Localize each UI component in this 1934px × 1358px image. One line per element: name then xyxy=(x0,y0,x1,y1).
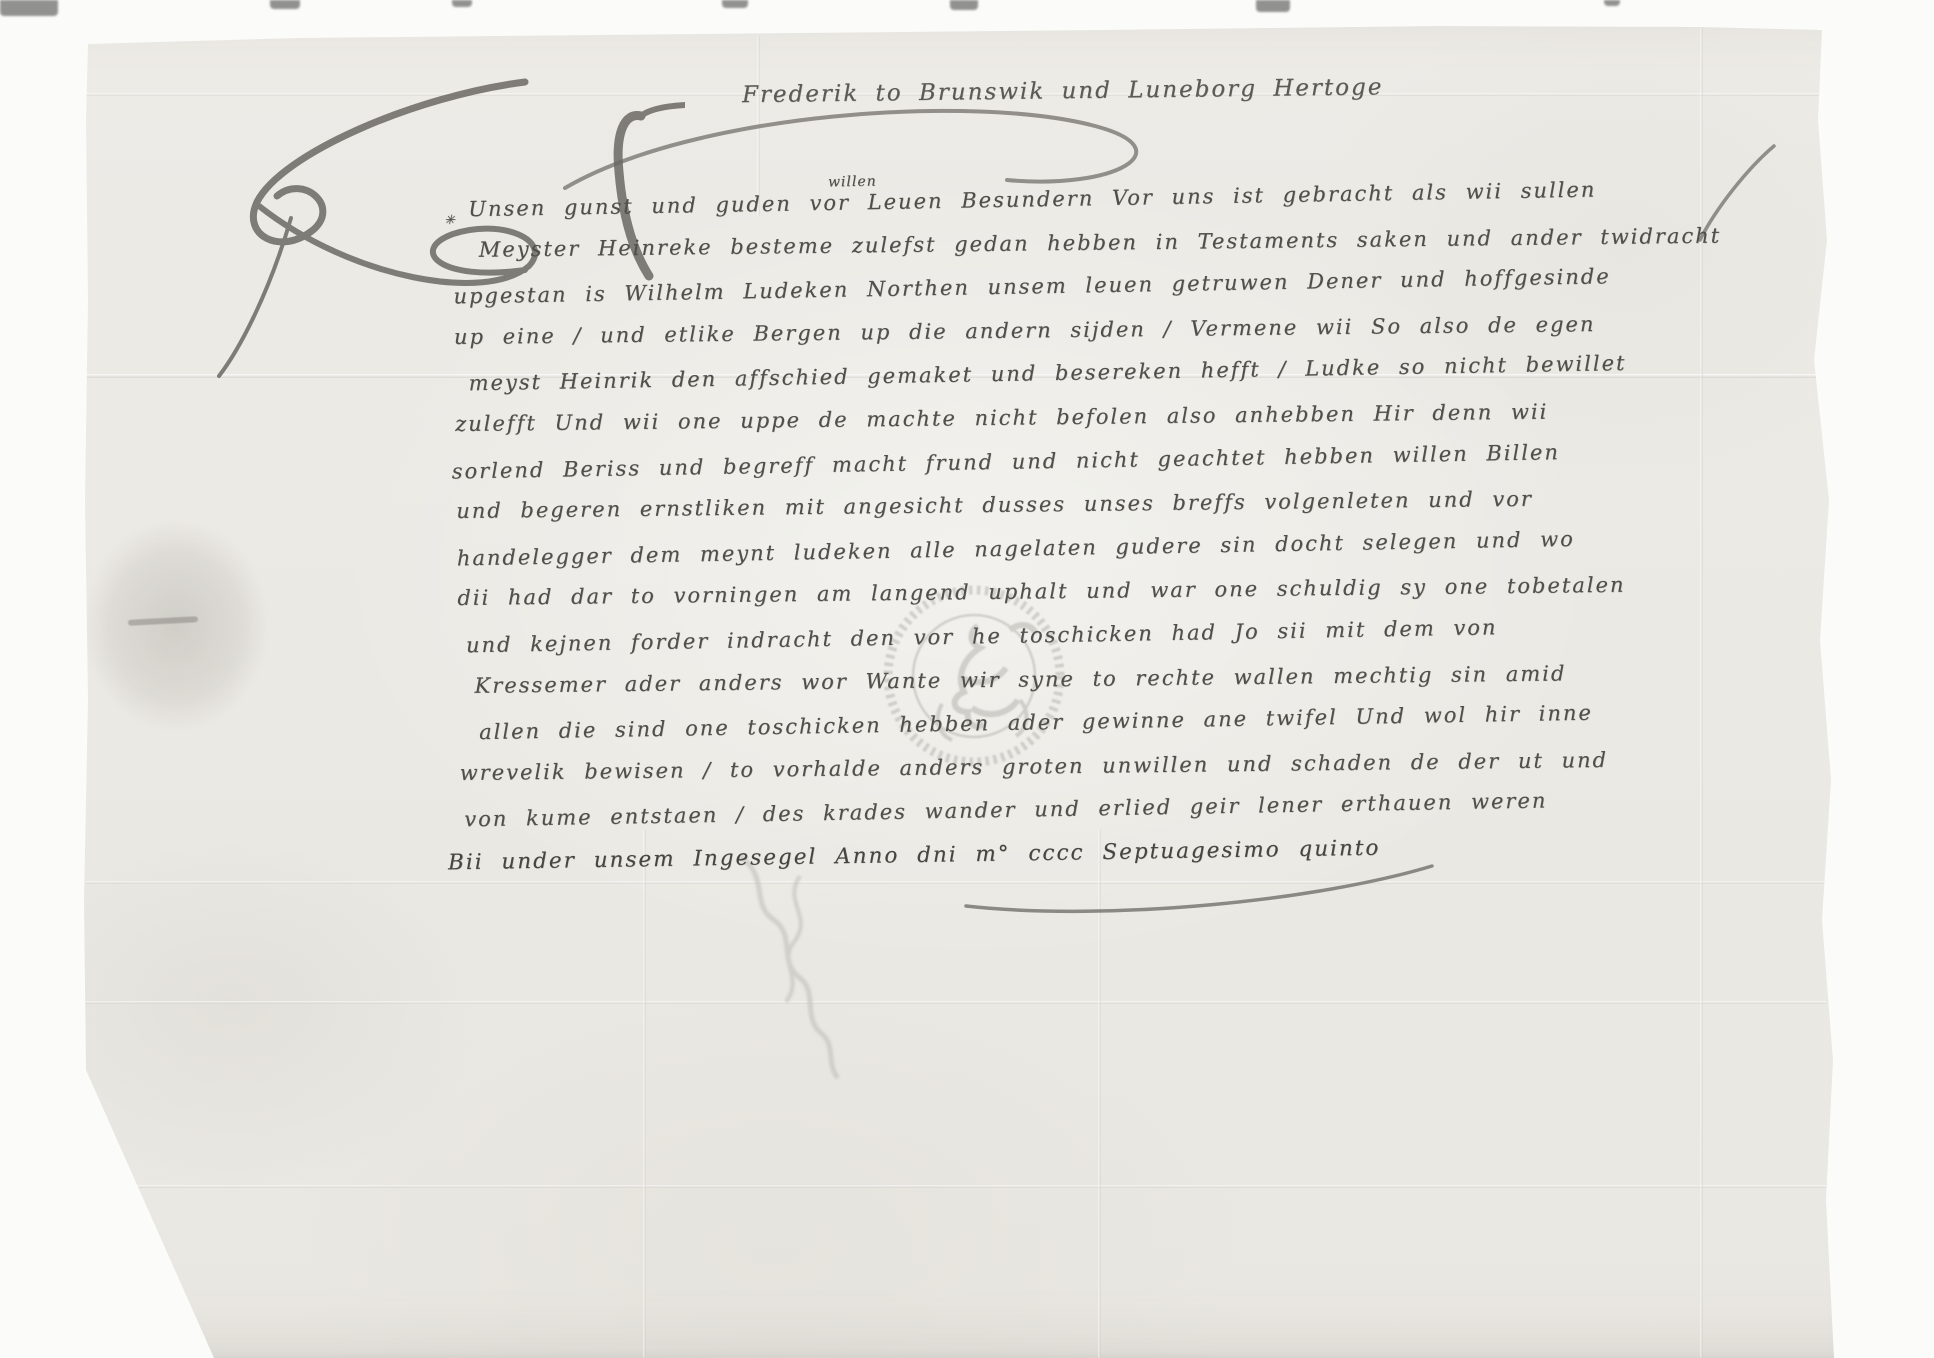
fold-crease-horizontal xyxy=(86,881,1826,884)
scan-artifact xyxy=(950,0,978,10)
fold-crease-vertical xyxy=(643,830,646,1358)
fold-crease-horizontal xyxy=(86,1001,1826,1004)
parchment-sheet: Frederik to Brunswik und Luneborg Hertog… xyxy=(0,0,1934,1358)
water-stain xyxy=(58,492,294,760)
scan-artifact xyxy=(270,0,300,9)
fold-crease-horizontal xyxy=(86,1185,1826,1188)
scan-background: Frederik to Brunswik und Luneborg Hertog… xyxy=(0,0,1934,1358)
ink-show-through xyxy=(680,846,900,1086)
scan-artifact xyxy=(1256,0,1290,12)
manuscript-body: Unsen gunst und guden vor Leuen Besunder… xyxy=(452,171,1580,840)
scan-artifact xyxy=(722,0,748,8)
scan-artifact xyxy=(452,0,472,7)
document-heading: Frederik to Brunswik und Luneborg Hertog… xyxy=(742,74,1422,108)
scan-artifact xyxy=(1604,0,1620,6)
scan-artifact xyxy=(0,0,58,16)
